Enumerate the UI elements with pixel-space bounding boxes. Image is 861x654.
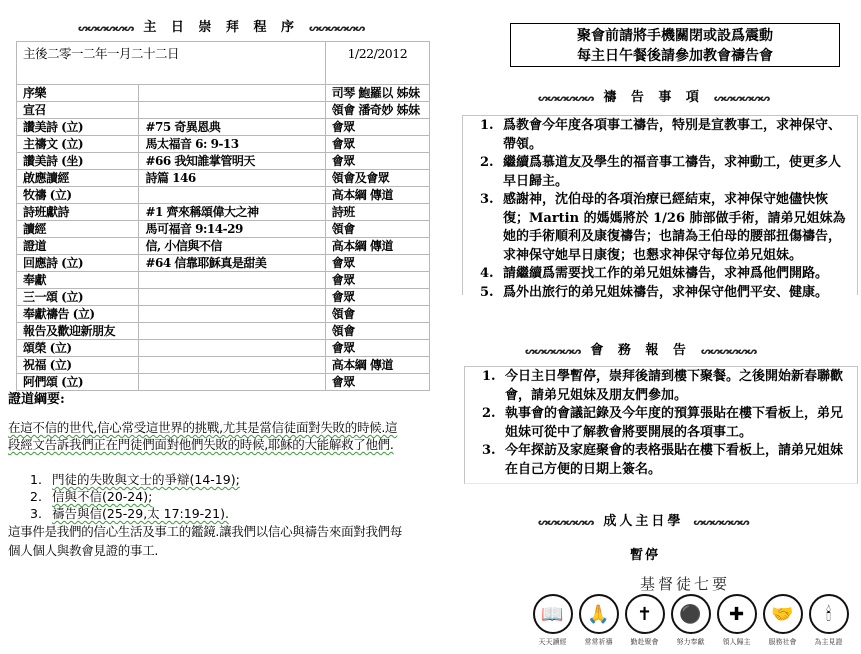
prayer-item-text: 爲外出旅行的弟兄姐妹禱告，求神保守他們平安、健康。 xyxy=(503,285,828,300)
candle-icon: 🕯 xyxy=(809,594,849,634)
phone-notice-box: 聚會前請將手機關閉或設爲震動 每主日午餐後請參加教會禱告會 xyxy=(510,23,840,67)
seven-essentials-title: 基督徒七要 xyxy=(640,573,730,594)
program-content: 馬太福音 6: 9-13 xyxy=(139,136,325,153)
program-content xyxy=(139,272,325,289)
program-row: 三一頌 (立)會眾 xyxy=(17,289,430,306)
flourish-decoration-icon: ᔕᔕᔕᔕᔕᔕ xyxy=(538,518,593,528)
serving-hands-icon: 🤝 xyxy=(763,594,803,634)
program-leader: 會眾 xyxy=(325,119,429,136)
program-content xyxy=(139,357,325,374)
program-content: #64 信靠耶穌真是甜美 xyxy=(139,255,325,272)
program-leader: 會眾 xyxy=(325,255,429,272)
program-leader: 會眾 xyxy=(325,153,429,170)
program-row: 讀經馬可福音 9:14-29領會 xyxy=(17,221,430,238)
program-leader: 會眾 xyxy=(325,272,429,289)
report-item-text: 執事會的會議記錄及今年度的預算張貼在樓下看板上，弟兄姐妹可從中了解教會將要開展的… xyxy=(505,406,843,440)
program-item: 主禱文 (立) xyxy=(17,136,139,153)
prayer-item-number: 3. xyxy=(480,191,502,210)
program-row: 宣召領會 潘奇妙 姊妹 xyxy=(17,102,430,119)
program-row: 證道信, 小信與不信高本綱 傳道 xyxy=(17,238,430,255)
essential-item: ✝勤赴聚會 xyxy=(622,594,667,647)
program-leader: 領會及會眾 xyxy=(325,170,429,187)
program-leader: 領會 xyxy=(325,323,429,340)
program-item: 牧禱 (立) xyxy=(17,187,139,204)
outline-point-text: 禱告與信(25-29,太 17:19-21). xyxy=(52,506,229,521)
outline-point-text: 信與不信(20-24); xyxy=(52,489,152,504)
essential-label: 努力奉獻 xyxy=(677,637,705,647)
sermon-outline-title: 證道綱要: xyxy=(8,388,65,407)
flourish-decoration-icon: ᔕᔕᔕᔕᔕᔕ xyxy=(525,347,580,357)
report-item-number: 1. xyxy=(482,368,504,387)
prayer-box: 1.爲教會今年度各項事工禱告，特別是宣教事工，求神保守、帶領。2.繼續爲慕道友及… xyxy=(462,115,858,295)
program-content: #75 奇異恩典 xyxy=(139,119,325,136)
program-row: 讚美詩 (坐)#66 我知誰掌管明天會眾 xyxy=(17,153,430,170)
prayer-item: 3.感謝神，沈伯母的各項治療已經結束，求神保守她儘快恢復；Martin 的媽媽將… xyxy=(463,191,857,265)
prayer-item-text: 繼續爲慕道友及學生的福音事工禱告，求神動工，使更多人早日歸主。 xyxy=(503,155,841,189)
flourish-decoration-icon: ᔕᔕᔕᔕᔕᔕ xyxy=(714,94,769,104)
essential-item: 🕯為主見證 xyxy=(806,594,851,647)
flourish-decoration-icon: ᔕᔕᔕᔕᔕᔕ xyxy=(538,94,593,104)
prayer-item-text: 感謝神，沈伯母的各項治療已經結束，求神保守她儘快恢復；Martin 的媽媽將於 … xyxy=(503,192,846,263)
program-leader: 會眾 xyxy=(325,340,429,357)
program-item: 報告及歡迎新朋友 xyxy=(17,323,139,340)
gathering-icon: ✝ xyxy=(625,594,665,634)
program-row: 阿們頌 (立)會眾 xyxy=(17,374,430,391)
essential-label: 領人歸主 xyxy=(723,637,751,647)
program-content xyxy=(139,187,325,204)
prayer-item-text: 請繼續爲需要找工作的弟兄姐妹禱告，求神爲他們開路。 xyxy=(503,266,828,281)
program-item: 讀經 xyxy=(17,221,139,238)
program-row: 頌榮 (立)會眾 xyxy=(17,340,430,357)
program-content xyxy=(139,340,325,357)
prayer-item: 5.爲外出旅行的弟兄姐妹禱告，求神保守他們平安、健康。 xyxy=(463,284,857,303)
program-title: 主 日 崇 拜 程 序 xyxy=(143,20,299,35)
program-leader: 高本綱 傳道 xyxy=(325,357,429,374)
essential-label: 天天讀經 xyxy=(539,637,567,647)
program-content: 詩篇 146 xyxy=(139,170,325,187)
program-content xyxy=(139,289,325,306)
outline-point: 1.門徒的失敗與文士的爭辯(14-19); xyxy=(30,471,240,488)
praying-icon: 🙏 xyxy=(579,594,619,634)
reading-bible-icon: 📖 xyxy=(533,594,573,634)
program-item: 讚美詩 (坐) xyxy=(17,153,139,170)
essential-label: 勤赴聚會 xyxy=(631,637,659,647)
flourish-decoration-icon: ᔕᔕᔕᔕᔕᔕ xyxy=(693,518,748,528)
program-content xyxy=(139,374,325,391)
notice-line-2: 每主日午餐後請參加教會禱告會 xyxy=(511,46,839,66)
program-leader: 會眾 xyxy=(325,374,429,391)
seven-essentials-icons: 📖天天讀經🙏常常祈禱✝勤赴聚會⚫努力奉獻✚領人歸主🤝服務社會🕯為主見證 xyxy=(530,594,851,647)
program-leader: 會眾 xyxy=(325,289,429,306)
program-leader: 詩班 xyxy=(325,204,429,221)
program-item: 祝福 (立) xyxy=(17,357,139,374)
program-row: 牧禱 (立)高本綱 傳道 xyxy=(17,187,430,204)
prayer-title: 禱 告 事 項 xyxy=(603,90,704,105)
reports-box: 1.今日主日學暫停，崇拜後請到樓下聚餐。之後開始新春聯歡會，請弟兄姐妹及朋友們參… xyxy=(464,366,858,484)
prayer-list: 1.爲教會今年度各項事工禱告，特別是宣教事工，求神保守、帶領。2.繼續爲慕道友及… xyxy=(463,117,857,302)
program-content: 信, 小信與不信 xyxy=(139,238,325,255)
essential-item: ✚領人歸主 xyxy=(714,594,759,647)
program-leader: 會眾 xyxy=(325,136,429,153)
program-content xyxy=(139,85,325,102)
report-item-text: 今日主日學暫停，崇拜後請到樓下聚餐。之後開始新春聯歡會，請弟兄姐妹及朋友們參加。 xyxy=(505,369,843,403)
outline-point-number: 3. xyxy=(30,505,52,522)
program-row: 回應詩 (立)#64 信靠耶穌真是甜美會眾 xyxy=(17,255,430,272)
program-item: 證道 xyxy=(17,238,139,255)
program-leader: 領會 xyxy=(325,306,429,323)
essential-item: 🤝服務社會 xyxy=(760,594,805,647)
program-row: 詩班獻詩#1 齊來稱頌偉大之神詩班 xyxy=(17,204,430,221)
prayer-item: 2.繼續爲慕道友及學生的福音事工禱告，求神動工，使更多人早日歸主。 xyxy=(463,154,857,191)
date-numeric: 1/22/2012 xyxy=(325,42,429,85)
flourish-decoration-icon: ᔕᔕᔕᔕᔕᔕ xyxy=(78,24,133,34)
program-row: 啟應讀經詩篇 146領會及會眾 xyxy=(17,170,430,187)
program-leader: 高本綱 傳道 xyxy=(325,187,429,204)
essential-label: 常常祈禱 xyxy=(585,637,613,647)
adult-school-title: 成人主日學 xyxy=(603,514,683,529)
sermon-outline-points: 1.門徒的失敗與文士的爭辯(14-19);2.信與不信(20-24);3.禱告與… xyxy=(30,471,240,522)
program-item: 啟應讀經 xyxy=(17,170,139,187)
worship-program-table: 主後二零一二年一月二十二日 1/22/2012 序樂司琴 鮑羅以 姊妹宣召領會 … xyxy=(16,41,430,391)
prayer-item: 1.爲教會今年度各項事工禱告，特別是宣教事工，求神保守、帶領。 xyxy=(463,117,857,154)
program-date-row: 主後二零一二年一月二十二日 1/22/2012 xyxy=(17,42,430,85)
program-content xyxy=(139,102,325,119)
program-heading: ᔕᔕᔕᔕᔕᔕ主 日 崇 拜 程 序ᔕᔕᔕᔕᔕᔕ xyxy=(78,16,364,35)
program-item: 頌榮 (立) xyxy=(17,340,139,357)
leading-people-icon: ✚ xyxy=(717,594,757,634)
program-content: #1 齊來稱頌偉大之神 xyxy=(139,204,325,221)
prayer-item-number: 2. xyxy=(480,154,502,173)
program-item: 回應詩 (立) xyxy=(17,255,139,272)
essential-item: 🙏常常祈禱 xyxy=(576,594,621,647)
fish-offering-icon: ⚫ xyxy=(671,594,711,634)
essential-label: 服務社會 xyxy=(769,637,797,647)
reports-heading: ᔕᔕᔕᔕᔕᔕ會 務 報 告ᔕᔕᔕᔕᔕᔕ xyxy=(525,339,756,358)
program-row: 奉獻禱告 (立)領會 xyxy=(17,306,430,323)
notice-line-1: 聚會前請將手機關閉或設爲震動 xyxy=(511,26,839,46)
program-leader: 高本綱 傳道 xyxy=(325,238,429,255)
program-row: 主禱文 (立)馬太福音 6: 9-13會眾 xyxy=(17,136,430,153)
prayer-item: 4.請繼續爲需要找工作的弟兄姐妹禱告，求神爲他們開路。 xyxy=(463,265,857,284)
program-content: #66 我知誰掌管明天 xyxy=(139,153,325,170)
flourish-decoration-icon: ᔕᔕᔕᔕᔕᔕ xyxy=(701,347,756,357)
prayer-item-number: 1. xyxy=(480,117,502,136)
prayer-item-number: 4. xyxy=(480,265,502,284)
outline-point: 2.信與不信(20-24); xyxy=(30,488,240,505)
report-item-number: 3. xyxy=(482,442,504,461)
program-item: 讚美詩 (立) xyxy=(17,119,139,136)
reports-list: 1.今日主日學暫停，崇拜後請到樓下聚餐。之後開始新春聯歡會，請弟兄姐妹及朋友們參… xyxy=(465,368,857,479)
program-row: 奉獻會眾 xyxy=(17,272,430,289)
outline-point-number: 1. xyxy=(30,471,52,488)
program-item: 序樂 xyxy=(17,85,139,102)
report-item: 2.執事會的會議記錄及今年度的預算張貼在樓下看板上，弟兄姐妹可從中了解教會將要開… xyxy=(465,405,857,442)
program-item: 詩班獻詩 xyxy=(17,204,139,221)
essential-item: 📖天天讀經 xyxy=(530,594,575,647)
report-item-number: 2. xyxy=(482,405,504,424)
report-item: 1.今日主日學暫停，崇拜後請到樓下聚餐。之後開始新春聯歡會，請弟兄姐妹及朋友們參… xyxy=(465,368,857,405)
program-item: 宣召 xyxy=(17,102,139,119)
essential-label: 為主見證 xyxy=(815,637,843,647)
essential-item: ⚫努力奉獻 xyxy=(668,594,713,647)
sermon-outline-closing: 這事件是我們的信心生活及事工的鑑鏡.讓我們以信心與禱告來面對我們每個人個人與教會… xyxy=(8,522,408,560)
prayer-heading: ᔕᔕᔕᔕᔕᔕ禱 告 事 項ᔕᔕᔕᔕᔕᔕ xyxy=(538,86,769,105)
program-leader: 司琴 鮑羅以 姊妹 xyxy=(325,85,429,102)
date-chinese: 主後二零一二年一月二十二日 xyxy=(17,42,326,85)
flourish-decoration-icon: ᔕᔕᔕᔕᔕᔕ xyxy=(309,24,364,34)
report-item: 3.今年探訪及家庭聚會的表格張貼在樓下看板上，請弟兄姐妹在自己方便的日期上簽名。 xyxy=(465,442,857,479)
report-item-text: 今年探訪及家庭聚會的表格張貼在樓下看板上，請弟兄姐妹在自己方便的日期上簽名。 xyxy=(505,443,843,477)
program-leader: 領會 潘奇妙 姊妹 xyxy=(325,102,429,119)
program-row: 序樂司琴 鮑羅以 姊妹 xyxy=(17,85,430,102)
prayer-item-number: 5. xyxy=(480,284,502,303)
program-row: 報告及歡迎新朋友領會 xyxy=(17,323,430,340)
program-item: 三一頌 (立) xyxy=(17,289,139,306)
outline-point-number: 2. xyxy=(30,488,52,505)
program-leader: 領會 xyxy=(325,221,429,238)
program-row: 祝福 (立)高本綱 傳道 xyxy=(17,357,430,374)
adult-school-heading: ᔕᔕᔕᔕᔕᔕ成人主日學ᔕᔕᔕᔕᔕᔕ xyxy=(538,510,749,529)
program-content xyxy=(139,306,325,323)
program-content xyxy=(139,323,325,340)
sermon-outline-intro: 在這不信的世代,信心常受這世界的挑戰,尤其是當信徒面對失敗的時候.這段經文告訴我… xyxy=(8,419,408,453)
adult-school-status: 暫停 xyxy=(630,544,660,563)
prayer-item-text: 爲教會今年度各項事工禱告，特別是宣教事工，求神保守、帶領。 xyxy=(503,118,841,152)
program-row: 讚美詩 (立)#75 奇異恩典會眾 xyxy=(17,119,430,136)
program-item: 奉獻禱告 (立) xyxy=(17,306,139,323)
program-item: 奉獻 xyxy=(17,272,139,289)
program-content: 馬可福音 9:14-29 xyxy=(139,221,325,238)
outline-point-text: 門徒的失敗與文士的爭辯(14-19); xyxy=(52,472,240,487)
outline-point: 3.禱告與信(25-29,太 17:19-21). xyxy=(30,505,240,522)
reports-title: 會 務 報 告 xyxy=(590,343,691,358)
